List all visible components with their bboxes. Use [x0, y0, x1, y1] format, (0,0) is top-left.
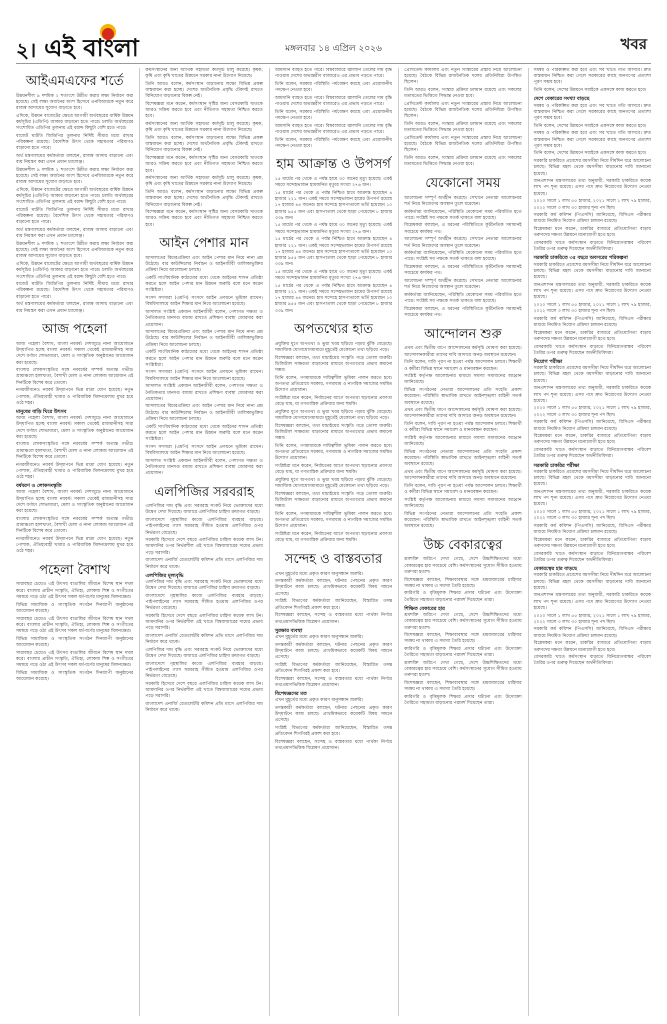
article-headline[interactable]: আইন পেশার মান: [145, 236, 262, 252]
article-paragraph: বাংলার লোকসংস্কৃতির সঙ্গে নববর্ষের সম্পর…: [16, 368, 133, 387]
article-paragraph: সংশ্লিষ্ট বিভাগের কর্মকর্তারা জানিয়েছেন…: [275, 599, 392, 611]
article-paragraph: প্রেসিডেন্ট কার্যালয় এবং নতুন সংস্কারের…: [404, 68, 521, 87]
article-paragraph: এলপিজির দাম বৃদ্ধি এবং সরবরাহ সংকট নিয়ে…: [145, 504, 262, 516]
article-paragraph: সরকারি চাকরিতে প্রবেশের বয়সসীমা নিয়ে দ…: [534, 263, 651, 282]
article-paragraph: এখন মুহূর্তের মধ্যে প্রকৃত কারণ অনুসন্ধা…: [275, 698, 392, 704]
news-columns: আইএমএফের শর্তেউন্নয়নশীল ৯ দশমিক ২ শতাংশ…: [16, 68, 651, 1016]
column-4: প্রেসিডেন্ট কার্যালয় এবং নতুন সংস্কারের…: [398, 68, 521, 1016]
article-paragraph: তিনি আরও বলেন, কর্মসংস্থান বাড়ানোর লক্ষ…: [145, 190, 262, 209]
article-paragraph: সরকারি চাকরিতে প্রবেশের বয়সসীমা নিয়ে দ…: [534, 573, 651, 592]
article-paragraph: সংশ্লিষ্ট বিভাগের কর্মকর্তারা জানিয়েছেন…: [275, 663, 392, 675]
article-paragraph: তিনি বলেন, সরকার পরিস্থিতি পর্যবেক্ষণ কর…: [275, 82, 392, 94]
article-subhead: সুরক্ষার ব্যবস্থা: [275, 628, 392, 634]
article-paragraph: আজ পহেলা বৈশাখ, বাংলা নববর্ষ। দেশজুড়ে ন…: [16, 342, 133, 367]
article-paragraph: আমদানি ব্যাহত হতে পারে। বিশ্ববাজারে জ্বা…: [275, 96, 392, 108]
article-paragraph: এলপিজির দাম বৃদ্ধি এবং সরবরাহ সংকট নিয়ে…: [145, 580, 262, 592]
article-paragraph: তিনি আরও বলেন, কর্মসংস্থান বাড়ানোর লক্ষ…: [145, 136, 262, 155]
article-paragraph: উন্নয়নশীল ৯ দশমিক ২ শতাংশে উন্নীত করার …: [16, 242, 133, 261]
article-paragraph: সারাবছর চেয়েও এই উৎসব বাঙালির জীবনে বিশ…: [16, 617, 133, 636]
article-paragraph: সরকারি হিসেবে দেশে বছরে এলপিজির চাহিদা ক…: [145, 682, 262, 701]
column-1: আইএমএফের শর্তেউন্নয়নশীল ৯ দশমিক ২ শতাংশ…: [16, 68, 133, 1016]
article-paragraph: কারিগরি ও বৃত্তিমূলক শিক্ষার প্রসার ঘটান…: [404, 647, 521, 659]
masthead: ২। এই বাংলা মঙ্গলবার ১৪ এপ্রিল ২০২৬ খবর: [16, 24, 651, 60]
article-paragraph: কর্মকর্তারা জানিয়েছেন, পরিস্থিতি যেকোনো…: [404, 210, 521, 222]
article: আন্দোলন শুরুপ্রথম এবং দ্বিতীয় ধাপে আন্দ…: [404, 321, 521, 532]
article-paragraph: আদালতের বিচারপ্রক্রিয়া এবং আইন পেশার মা…: [145, 330, 262, 349]
article-paragraph: তিনি আরও বলেন, সংস্কার প্রক্রিয়া চলমান …: [404, 88, 521, 100]
article-paragraph: সরকারি হিসেবে দেশে বছরে এলপিজির চাহিদা ক…: [145, 538, 262, 557]
article-paragraph: আদালতের বিচারপ্রক্রিয়া এবং আইন পেশার মা…: [145, 256, 262, 275]
article-paragraph: সংশ্লিষ্টরা মনে করেন, নির্বাচনের আগে অপত…: [275, 464, 392, 476]
article-paragraph: সংসদ সদস্যরা (এমপি) সংসদে আইন প্রণয়নে ভ…: [145, 296, 262, 308]
article-paragraph: সংশ্লিষ্ট কর্তৃপক্ষ আলোচনার মাধ্যমে সমস্…: [404, 374, 521, 386]
article-paragraph: জনপ্রশাসন মন্ত্রণালয়ের তথ্য অনুযায়ী, স…: [534, 386, 651, 405]
article-paragraph: বিশ্লেষকরা মনে করেন, চাকরির বাজারে প্রতি…: [534, 227, 651, 239]
article-headline[interactable]: সন্দেহ ও বাস্তবতার: [275, 552, 392, 568]
article-paragraph: এখন মুহূর্তের মধ্যে প্রকৃত কারণ অনুসন্ধা…: [275, 572, 392, 578]
article-paragraph: একটি সাংবিধানিক কাঠামোর মধ্যে থেকে আইনের…: [145, 350, 262, 369]
article-paragraph: তিনি বলেন, গণমাধ্যমকে দায়িত্বশীল ভূমিকা…: [275, 444, 392, 463]
article-paragraph: বিশেষজ্ঞরা বলছেন, সন্দেহ ও বাস্তবতার মধ্…: [275, 740, 392, 752]
article-headline[interactable]: পহেলা বৈশাখ: [16, 563, 133, 579]
article-paragraph: তিনি বলেন, দেশের উন্নয়নে সবাইকে একসঙ্গে…: [534, 151, 651, 157]
article-paragraph: কর্মসংস্থানের জন্য আর্থিক সহায়তা কর্মসূ…: [145, 68, 262, 80]
article-paragraph: প্রথম এবং দ্বিতীয় ধাপে আন্দোলনের কর্মসূ…: [404, 470, 521, 482]
article-paragraph: কর্মসংস্থানের জন্য আর্থিক সহায়তা কর্মসূ…: [145, 176, 262, 188]
article-paragraph: তিনি বলেন, গণমাধ্যমকে দায়িত্বশীল ভূমিকা…: [275, 512, 392, 531]
article-paragraph: সরকারি কর্ম কমিশন (পিএসসি) জানিয়েছে, বি…: [534, 420, 651, 432]
article-paragraph: তিনি আরও বলেন, সংস্কার প্রক্রিয়া চলমান …: [404, 122, 521, 134]
article-paragraph: আদালত সংশ্লিষ্ট একজন আইনজীবী বলেন, পেশাগ…: [145, 384, 262, 403]
article-paragraph: আলোচনা সম্পূর্ণ অর্থহীন করেছে। সেখানে নে…: [404, 196, 521, 208]
article-paragraph: কারিগরি ও বৃত্তিমূলক শিক্ষার প্রসার ঘটান…: [404, 695, 521, 707]
article-paragraph: প্রথম এবং দ্বিতীয় ধাপে আন্দোলনের কর্মসূ…: [404, 408, 521, 420]
article-paragraph: এখন মুহূর্তের মধ্যে প্রকৃত কারণ অনুসন্ধা…: [275, 635, 392, 641]
article-paragraph: বাংলাদেশে গৃহস্থালির কাজে এলপিজির ব্যবহা…: [145, 594, 262, 613]
article-paragraph: সরকারি কর্ম কমিশন (পিএসসি) জানিয়েছে, বি…: [534, 213, 651, 225]
column-5: সমন্বয় ও পরিকল্পিত করা হবে এবং সব খাতে …: [528, 68, 651, 1016]
article: আজ পহেলাআজ পহেলা বৈশাখ, বাংলা নববর্ষ। দে…: [16, 316, 133, 557]
article-subhead: বর্ষবরণ ও লোকসংস্কৃতি: [16, 483, 133, 489]
column-2: কর্মসংস্থানের জন্য আর্থিক সহায়তা কর্মসূ…: [139, 68, 262, 1016]
article-paragraph: তিনি বলেন, সরকার পরিস্থিতি পর্যবেক্ষণ কর…: [275, 110, 392, 122]
article-paragraph: কর্মকর্তারা জানিয়েছেন, পরিস্থিতি যেকোনো…: [404, 293, 521, 305]
article-paragraph: ২০২০ সালে ১ লাখ ৫৫ হাজার, ২০২১ সালে ১ লা…: [534, 614, 651, 626]
article-paragraph: কর্মকর্তারা জানিয়েছেন, পরিস্থিতি যেকোনো…: [404, 251, 521, 263]
article-paragraph: প্রযুক্তির যুগে অপতথ্য ও ভুয়া খবর ছড়িয…: [275, 478, 392, 490]
article-paragraph: প্রেসিডেন্ট কার্যালয় এবং নতুন সংস্কারের…: [404, 136, 521, 155]
article-paragraph: ২০২০ সালে ১ লাখ ৫৫ হাজার, ২০২১ সালে ১ লা…: [534, 510, 651, 522]
article-paragraph: বিশ্লেষকরা মনে করেন, চাকরির বাজারে প্রতি…: [534, 434, 651, 446]
article-body: আমদানি ব্যাহত হতে পারে। বিশ্ববাজারে জ্বা…: [275, 68, 392, 150]
article-paragraph: তদন্তকারী কর্মকর্তারা বলছেন, ঘটনার পেছনে…: [275, 706, 392, 725]
article-paragraph: বাংলাদেশ এনার্জি রেগুলেটরি কমিশন প্রতি ম…: [145, 702, 262, 714]
article-paragraph: তিনি আরও বলেন, কর্মসংস্থান বাড়ানোর লক্ষ…: [145, 82, 262, 101]
article-paragraph: বাজেট ঘাটতি জিডিপির তুলনায় নির্দিষ্ট সী…: [16, 208, 133, 227]
article-paragraph: নগরজীবনেও নববর্ষ উদ্‌যাপনে ভিন্ন মাত্রা …: [16, 463, 133, 482]
dateline: মঙ্গলবার ১৪ এপ্রিল ২০২৬: [285, 41, 382, 56]
article-paragraph: সরকারি কর্ম কমিশন (পিএসসি) জানিয়েছে, বি…: [534, 317, 651, 329]
article-paragraph: ১৫ মার্চের পর থেকে এ পর্যন্ত নিশ্চিত হাম…: [275, 237, 392, 268]
article-paragraph: জনপ্রশাসন মন্ত্রণালয়ের তথ্য অনুযায়ী, স…: [534, 490, 651, 509]
article-paragraph: আজ পহেলা বৈশাখ, বাংলা নববর্ষ। দেশজুড়ে ন…: [16, 416, 133, 441]
article: প্রেসিডেন্ট কার্যালয় এবং নতুন সংস্কারের…: [404, 68, 521, 170]
article-paragraph: বিশ্লেষকরা বলছেন, এ ধরনের পরিস্থিতিতে কূ…: [404, 223, 521, 235]
article-paragraph: প্রথম এবং দ্বিতীয় ধাপে আন্দোলনের কর্মসূ…: [404, 346, 521, 358]
article-paragraph: এলপিজির দাম বৃদ্ধি এবং সরবরাহ সংকট নিয়ে…: [145, 648, 262, 660]
article-paragraph: তদন্তকারী কর্মকর্তারা বলছেন, ঘটনার পেছনে…: [275, 579, 392, 598]
article-paragraph: সরকারি কর্ম কমিশন (পিএসসি) জানিয়েছে, বি…: [534, 524, 651, 536]
article-paragraph: ১৫ মার্চের পর থেকে এ পর্যন্ত নিশ্চিত হাম…: [275, 284, 392, 315]
article-paragraph: তিনি বলেন, দাবি পূরণ না হওয়া পর্যন্ত আন…: [404, 422, 521, 434]
article-body: সারাবছর চেয়েও এই উৎসব বাঙালির জীবনে বিশ…: [16, 582, 133, 683]
article-paragraph: তিনি বলেন, গণমাধ্যমকে দায়িত্বশীল ভূমিকা…: [275, 376, 392, 395]
article-paragraph: সারাবছর চেয়েও এই উৎসব বাঙালির জীবনে বিশ…: [16, 582, 133, 601]
article: আইএমএফের শর্তেউন্নয়নশীল ৯ দশমিক ২ শতাংশ…: [16, 68, 133, 316]
article-paragraph: সরকারি চাকরিতে প্রবেশের বয়সসীমা নিয়ে দ…: [534, 470, 651, 489]
article-paragraph: সমন্বয় ও পরিকল্পিত করা হবে এবং সব খাতে …: [534, 131, 651, 150]
article-subhead: সরকারি চাকরির পরীক্ষা: [534, 463, 651, 469]
article-paragraph: আদালত সংশ্লিষ্ট একজন আইনজীবী বলেন, পেশাগ…: [145, 310, 262, 329]
article-paragraph: বাজেট ঘাটতি জিডিপির তুলনায় নির্দিষ্ট সী…: [16, 282, 133, 301]
article: এলপিজির সরবরাহএলপিজির দাম বৃদ্ধি এবং সরব…: [145, 479, 262, 716]
article-paragraph: নগরজীবনেও নববর্ষ উদ্‌যাপনে ভিন্ন মাত্রা …: [16, 537, 133, 556]
article-paragraph: বিশ্লেষকরা মনে করেন, চাকরির বাজারে প্রতি…: [534, 641, 651, 653]
article-paragraph: বেসরকারি খাতে কর্মসংস্থান বাড়াতে বিনিয়…: [534, 655, 651, 667]
article-paragraph: বিশেষজ্ঞরা বলছেন, সন্দেহ ও বাস্তবতার মধ্…: [275, 677, 392, 689]
article-paragraph: আলোচনা সম্পূর্ণ অর্থহীন করেছে। সেখানে নে…: [404, 237, 521, 249]
article-paragraph: অর্থ মন্ত্রণালয়ের কর্মকর্তারা বলছেন, রা…: [16, 302, 133, 314]
article-headline[interactable]: আজ পহেলা: [16, 322, 133, 338]
article-paragraph: সরকারি হিসেবে দেশে বছরে এলপিজির চাহিদা ক…: [145, 614, 262, 633]
article-paragraph: শ্রমশক্তি জরিপে দেখা গেছে, দেশে উচ্চশিক্…: [404, 613, 521, 632]
article-body: এলপিজির দাম বৃদ্ধি এবং সরবরাহ সংকট নিয়ে…: [145, 504, 262, 714]
article-subhead: শিক্ষিত বেকারের হার: [404, 606, 521, 612]
article: আইন পেশার মানআদালতের বিচারপ্রক্রিয়া এবং…: [145, 230, 262, 478]
article-paragraph: উন্নয়নশীল ৯ দশমিক ২ শতাংশে উন্নীত করার …: [16, 168, 133, 187]
article-paragraph: সমন্বয় ও পরিকল্পিত করা হবে এবং সব খাতে …: [534, 68, 651, 87]
article-paragraph: বিভিন্ন সামাজিক ও সাংস্কৃতিক সংগঠন দিনব্…: [16, 603, 133, 615]
article-paragraph: সংশ্লিষ্ট বিভাগের কর্মকর্তারা জানিয়েছেন…: [275, 726, 392, 738]
article-paragraph: বাংলাদেশে গৃহস্থালির কাজে এলপিজির ব্যবহা…: [145, 518, 262, 537]
article-subhead: নিয়োগ পরীক্ষা: [534, 359, 651, 365]
article-body: ১৫ মার্চের পর থেকে এ পর্যন্ত হামে ৩০ জনে…: [275, 177, 392, 315]
article-paragraph: আমদানি ব্যাহত হতে পারে। বিশ্ববাজারে জ্বা…: [275, 68, 392, 80]
article-paragraph: আদালতের বিচারপ্রক্রিয়া এবং আইন পেশার মা…: [145, 404, 262, 423]
article-paragraph: ২০২০ সালে ১ লাখ ৫৫ হাজার, ২০২১ সালে ১ লা…: [534, 303, 651, 315]
article-paragraph: বিশেষজ্ঞরা বলছেন, শিক্ষাব্যবস্থার সঙ্গে …: [404, 578, 521, 590]
article: আমদানি ব্যাহত হতে পারে। বিশ্ববাজারে জ্বা…: [275, 68, 392, 151]
article: যেকোনো সময়আলোচনা সম্পূর্ণ অর্থহীন করেছে…: [404, 170, 521, 321]
article-paragraph: প্রেসিডেন্ট কার্যালয় এবং নতুন সংস্কারের…: [404, 102, 521, 121]
article-paragraph: সরকারি কর্ম কমিশন (পিএসসি) জানিয়েছে, বি…: [534, 627, 651, 639]
article-headline[interactable]: আইএমএফের শর্তে: [16, 74, 133, 90]
article-body: আলোচনা সম্পূর্ণ অর্থহীন করেছে। সেখানে নে…: [404, 196, 521, 320]
article-paragraph: জনপ্রশাসন মন্ত্রণালয়ের তথ্য অনুযায়ী, স…: [534, 179, 651, 198]
article-paragraph: বিশেষজ্ঞরা বলছেন, শিক্ষাব্যবস্থার সঙ্গে …: [404, 633, 521, 645]
article-subhead: দেশে বেকারের সংখ্যা বাড়ছে: [534, 96, 651, 102]
article-paragraph: শ্রমশক্তি জরিপে দেখা গেছে, দেশে উচ্চশিক্…: [404, 557, 521, 576]
article-paragraph: ২০২০ সালে ১ লাখ ৫৫ হাজার, ২০২১ সালে ১ লা…: [534, 199, 651, 211]
article-paragraph: প্রযুক্তির যুগে অপতথ্য ও ভুয়া খবর ছড়িয…: [275, 342, 392, 354]
article-paragraph: এদিকে, উন্নয়ন বাজেটের ক্ষেত্রে আগামী অর…: [16, 188, 133, 207]
article-paragraph: কর্মসংস্থানের জন্য আর্থিক সহায়তা কর্মসূ…: [145, 122, 262, 134]
article-paragraph: অর্থ মন্ত্রণালয়ের কর্মকর্তারা বলছেন, রা…: [16, 154, 133, 166]
article-subhead: এলপিজির মূল্যবৃদ্ধি: [145, 573, 262, 579]
article-paragraph: সংসদ সদস্যরা (এমপি) সংসদে আইন প্রণয়নে ভ…: [145, 370, 262, 382]
article-paragraph: সংশ্লিষ্ট কর্তৃপক্ষ আলোচনার মাধ্যমে সমস্…: [404, 498, 521, 510]
article-paragraph: বাংলার লোকসংস্কৃতির সঙ্গে নববর্ষের সম্পর…: [16, 442, 133, 461]
article-paragraph: বিশেষজ্ঞরা বলছেন, তথ্য যাচাইয়ের সংস্কৃত…: [275, 424, 392, 443]
article-paragraph: জনপ্রশাসন মন্ত্রণালয়ের তথ্য অনুযায়ী, স…: [534, 283, 651, 302]
article-paragraph: বাজেট ঘাটতি জিডিপির তুলনায় নির্দিষ্ট সী…: [16, 134, 133, 153]
article: কর্মসংস্থানের জন্য আর্থিক সহায়তা কর্মসূ…: [145, 68, 262, 230]
article-paragraph: ২০২০ সালে ১ লাখ ৫৫ হাজার, ২০২১ সালে ১ লা…: [534, 406, 651, 418]
article-body: কর্মসংস্থানের জন্য আর্থিক সহায়তা কর্মসূ…: [145, 68, 262, 229]
article-paragraph: তিনি বলেন, দেশের উন্নয়নে সবাইকে একসঙ্গে…: [534, 88, 651, 94]
article-paragraph: শ্রমশক্তি জরিপে দেখা গেছে, দেশে উচ্চশিক্…: [404, 661, 521, 680]
article-paragraph: ১৫ মার্চের পর থেকে এ পর্যন্ত নিশ্চিত হাম…: [275, 191, 392, 222]
article-paragraph: সংশ্লিষ্ট কর্তৃপক্ষ আলোচনার মাধ্যমে সমস্…: [404, 436, 521, 448]
article-paragraph: আজ পহেলা বৈশাখ, বাংলা নববর্ষ। দেশজুড়ে ন…: [16, 490, 133, 515]
article-paragraph: সমন্বয় ও পরিকল্পিত করা হবে এবং সব খাতে …: [534, 104, 651, 123]
article-body: সমন্বয় ও পরিকল্পিত করা হবে এবং সব খাতে …: [534, 68, 651, 158]
article-paragraph: বিশ্লেষকরা বলছেন, এ ধরনের পরিস্থিতিতে কূ…: [404, 265, 521, 277]
article-paragraph: আদালত সংশ্লিষ্ট একজন আইনজীবী বলেন, পেশাগ…: [145, 459, 262, 478]
article-headline[interactable]: যেকোনো সময়: [404, 176, 521, 192]
article-paragraph: বিশেষজ্ঞরা মনে করেন, কর্মসংস্থান সৃষ্টির…: [145, 102, 262, 121]
article-paragraph: প্রযুক্তির যুগে অপতথ্য ও ভুয়া খবর ছড়িয…: [275, 410, 392, 422]
article-body: আদালতের বিচারপ্রক্রিয়া এবং আইন পেশার মা…: [145, 256, 262, 477]
article-paragraph: তিনি আরও বলেন, সংস্কার প্রক্রিয়া চলমান …: [404, 156, 521, 168]
article-paragraph: সরকারি চাকরিতে প্রবেশের বয়সসীমা নিয়ে দ…: [534, 366, 651, 385]
article-paragraph: বিশেষজ্ঞরা বলছেন, তথ্য যাচাইয়ের সংস্কৃত…: [275, 356, 392, 375]
article-subhead: মানুষের বাড়ি ঘিরে উৎসব: [16, 409, 133, 415]
article-subhead: সরকারি চাকরিতে ৩৫ বছরে অবসরের পরিকল্পনা: [534, 255, 651, 261]
article-paragraph: ১৫ মার্চের পর থেকে এ পর্যন্ত হামে ৩০ জনে…: [275, 177, 392, 189]
page-number: ২।: [16, 40, 36, 60]
article-paragraph: আমদানি ব্যাহত হতে পারে। বিশ্ববাজারে জ্বা…: [275, 124, 392, 136]
article-paragraph: এদিকে, উন্নয়ন বাজেটের ক্ষেত্রে আগামী অর…: [16, 262, 133, 281]
article: হাম আক্রান্ত ও উপসর্গ১৫ মার্চের পর থেকে …: [275, 151, 392, 316]
article-paragraph: বিশেষজ্ঞরা বলছেন, সন্দেহ ও বাস্তবতার মধ্…: [275, 613, 392, 625]
article-body: প্রেসিডেন্ট কার্যালয় এবং নতুন সংস্কারের…: [404, 68, 521, 169]
article-subhead: বিশেষজ্ঞদের মত: [275, 691, 392, 697]
article-headline[interactable]: উচ্চ বেকারত্বের: [404, 538, 521, 554]
column-3: আমদানি ব্যাহত হতে পারে। বিশ্ববাজারে জ্বা…: [269, 68, 392, 1016]
article-paragraph: তিনি বলেন, সরকার পরিস্থিতি পর্যবেক্ষণ কর…: [275, 138, 392, 150]
article-paragraph: কারিগরি ও বৃত্তিমূলক শিক্ষার প্রসার ঘটান…: [404, 591, 521, 603]
article: সমন্বয় ও পরিকল্পিত করা হবে এবং সব খাতে …: [534, 68, 651, 159]
article-paragraph: বেসরকারি খাতে কর্মসংস্থান বাড়াতে বিনিয়…: [534, 448, 651, 460]
article-paragraph: বাংলাদেশ এনার্জি রেগুলেটরি কমিশন প্রতি ম…: [145, 634, 262, 646]
article-paragraph: বিশ্লেষকরা মনে করেন, চাকরির বাজারে প্রতি…: [534, 331, 651, 343]
article-paragraph: একটি সাংবিধানিক কাঠামোর মধ্যে থেকে আইনের…: [145, 276, 262, 295]
article-headline[interactable]: আন্দোলন শুরু: [404, 327, 521, 343]
article: পহেলা বৈশাখসারাবছর চেয়েও এই উৎসব বাঙালি…: [16, 557, 133, 685]
article-body: শ্রমশক্তি জরিপে দেখা গেছে, দেশে উচ্চশিক্…: [404, 557, 521, 707]
article-body: উন্নয়নশীল ৯ দশমিক ২ শতাংশে উন্নীত করার …: [16, 94, 133, 315]
article-paragraph: বেসরকারি খাতে কর্মসংস্থান বাড়াতে বিনিয়…: [534, 552, 651, 564]
article-paragraph: উন্নয়নশীল ৯ দশমিক ২ শতাংশে উন্নীত করার …: [16, 94, 133, 113]
article-paragraph: ১৫ মার্চের পর থেকে এ পর্যন্ত হামে ৩০ জনে…: [275, 223, 392, 235]
article-paragraph: অর্থ মন্ত্রণালয়ের কর্মকর্তারা বলছেন, রা…: [16, 228, 133, 240]
article-body: এখন মুহূর্তের মধ্যে প্রকৃত কারণ অনুসন্ধা…: [275, 572, 392, 753]
article-subhead: বেকারত্বের হার বাড়ছে: [534, 566, 651, 572]
article-paragraph: বিশেষজ্ঞরা মনে করেন, কর্মসংস্থান সৃষ্টির…: [145, 156, 262, 175]
article-paragraph: তিনি বলেন, দাবি পূরণ না হওয়া পর্যন্ত আন…: [404, 360, 521, 372]
article-paragraph: একটি সাংবিধানিক কাঠামোর মধ্যে থেকে আইনের…: [145, 425, 262, 444]
article-paragraph: বিভিন্ন সংগঠনের নেতারা আন্দোলনের প্রতি স…: [404, 388, 521, 407]
article-paragraph: বাংলাদেশ এনার্জি রেগুলেটরি কমিশন প্রতি ম…: [145, 558, 262, 570]
article: সরকারি চাকরিতে প্রবেশের বয়সসীমা নিয়ে দ…: [534, 159, 651, 669]
article-paragraph: বিশেষজ্ঞরা মনে করেন, কর্মসংস্থান সৃষ্টির…: [145, 210, 262, 229]
article-headline[interactable]: হাম আক্রান্ত ও উপসর্গ: [275, 157, 392, 173]
article-paragraph: বেসরকারি খাতে কর্মসংস্থান বাড়াতে বিনিয়…: [534, 241, 651, 253]
article-paragraph: বেসরকারি খাতে কর্মসংস্থান বাড়াতে বিনিয়…: [534, 345, 651, 357]
article-body: সরকারি চাকরিতে প্রবেশের বয়সসীমা নিয়ে দ…: [534, 159, 651, 668]
article-paragraph: তদন্তকারী কর্মকর্তারা বলছেন, ঘটনার পেছনে…: [275, 643, 392, 662]
article-paragraph: বিশেষজ্ঞরা বলছেন, তথ্য যাচাইয়ের সংস্কৃত…: [275, 492, 392, 511]
article-body: প্রযুক্তির যুগে অপতথ্য ও ভুয়া খবর ছড়িয…: [275, 342, 392, 545]
article-paragraph: বিশ্লেষকরা বলছেন, এ ধরনের পরিস্থিতিতে কূ…: [404, 307, 521, 319]
article-paragraph: সরকারি চাকরিতে প্রবেশের বয়সসীমা নিয়ে দ…: [534, 159, 651, 178]
article-paragraph: নগরজীবনেও নববর্ষ উদ্‌যাপনে ভিন্ন মাত্রা …: [16, 388, 133, 407]
logo-text: এই বাংলা: [44, 33, 139, 62]
article-headline[interactable]: অপতথ্যের হাত: [275, 322, 392, 338]
article-paragraph: বিভিন্ন সামাজিক ও সাংস্কৃতিক সংগঠন দিনব্…: [16, 637, 133, 649]
newspaper-logo[interactable]: এই বাংলা: [44, 36, 139, 60]
article-paragraph: সংশ্লিষ্টরা মনে করেন, নির্বাচনের আগে অপত…: [275, 532, 392, 544]
masthead-divider: [16, 63, 651, 64]
section-label: খবর: [621, 33, 647, 58]
article-paragraph: বিভিন্ন সংগঠনের নেতারা আন্দোলনের প্রতি স…: [404, 450, 521, 469]
article-paragraph: এদিকে, উন্নয়ন বাজেটের ক্ষেত্রে আগামী অর…: [16, 114, 133, 133]
article-paragraph: ১৫ মার্চের পর থেকে এ পর্যন্ত হামে ৩০ জনে…: [275, 270, 392, 282]
article-headline[interactable]: এলপিজির সরবরাহ: [145, 485, 262, 501]
article-paragraph: সংসদ সদস্যরা (এমপি) সংসদে আইন প্রণয়নে ভ…: [145, 445, 262, 457]
article-paragraph: বাংলার লোকসংস্কৃতির সঙ্গে নববর্ষের সম্পর…: [16, 517, 133, 536]
article-paragraph: বিভিন্ন সামাজিক ও সাংস্কৃতিক সংগঠন দিনব্…: [16, 671, 133, 683]
article-paragraph: বিশেষজ্ঞরা বলছেন, শিক্ষাব্যবস্থার সঙ্গে …: [404, 681, 521, 693]
article: উচ্চ বেকারত্বেরশ্রমশক্তি জরিপে দেখা গেছে…: [404, 532, 521, 709]
article-paragraph: সংশ্লিষ্টরা মনে করেন, নির্বাচনের আগে অপত…: [275, 396, 392, 408]
article: সন্দেহ ও বাস্তবতারএখন মুহূর্তের মধ্যে প্…: [275, 546, 392, 754]
article-paragraph: বিশ্লেষকরা মনে করেন, চাকরির বাজারে প্রতি…: [534, 538, 651, 550]
article-paragraph: বাংলাদেশে গৃহস্থালির কাজে এলপিজির ব্যবহা…: [145, 662, 262, 681]
article-paragraph: জনপ্রশাসন মন্ত্রণালয়ের তথ্য অনুযায়ী, স…: [534, 593, 651, 612]
article-paragraph: বিভিন্ন সংগঠনের নেতারা আন্দোলনের প্রতি স…: [404, 512, 521, 531]
article-body: প্রথম এবং দ্বিতীয় ধাপে আন্দোলনের কর্মসূ…: [404, 346, 521, 530]
article-body: আজ পহেলা বৈশাখ, বাংলা নববর্ষ। দেশজুড়ে ন…: [16, 342, 133, 556]
article-paragraph: তিনি বলেন, দেশের উন্নয়নে সবাইকে একসঙ্গে…: [534, 124, 651, 130]
article: অপতথ্যের হাতপ্রযুক্তির যুগে অপতথ্য ও ভুয…: [275, 316, 392, 546]
article-paragraph: সারাবছর চেয়েও এই উৎসব বাঙালির জীবনে বিশ…: [16, 651, 133, 670]
article-paragraph: তিনি বলেন, দাবি পূরণ না হওয়া পর্যন্ত আন…: [404, 484, 521, 496]
article-paragraph: আলোচনা সম্পূর্ণ অর্থহীন করেছে। সেখানে নে…: [404, 279, 521, 291]
